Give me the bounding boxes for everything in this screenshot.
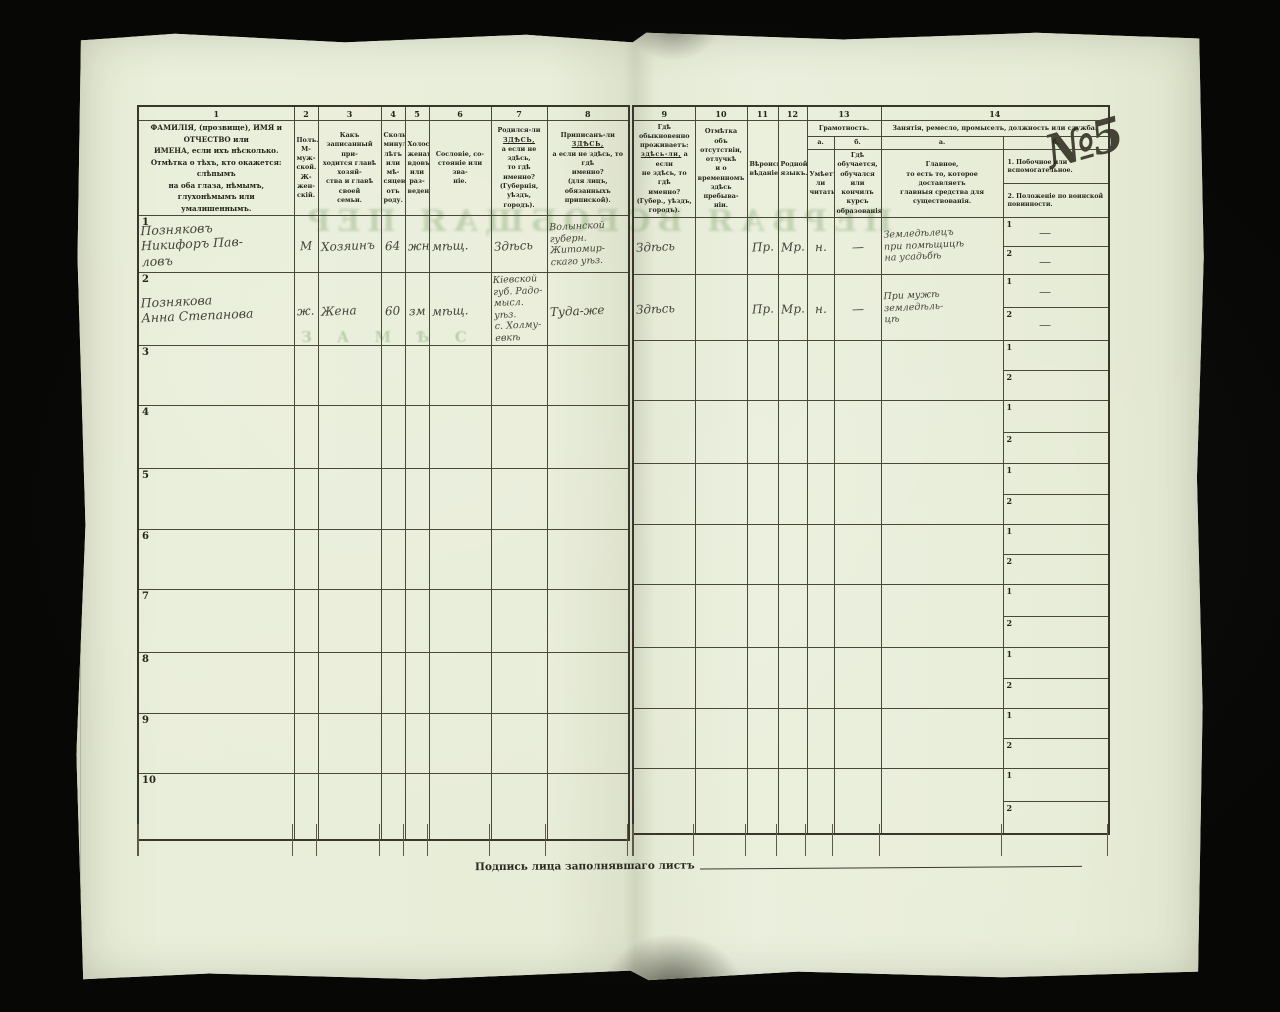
stub-line (777, 824, 806, 856)
hw-birthplace: Кіевской губ. Радо- мысл. уѣз. с. Холму-… (492, 273, 546, 345)
table-row-2: Здѣсь Пр. Мр. н. — При мужѣ земледѣль- ц… (633, 274, 1109, 340)
empty-cell (633, 584, 695, 647)
cell-marital: жн (405, 216, 429, 273)
cell-name: 6 (138, 530, 294, 590)
empty-cell (491, 530, 547, 590)
cell-language: Мр. (778, 274, 807, 340)
col-num-13: 13 (807, 106, 881, 121)
row-number: 10 (142, 775, 156, 786)
table-row-3: 12 (633, 340, 1109, 400)
empty-cell (429, 714, 491, 774)
empty-cell (318, 346, 381, 406)
cell-occupation-side: 12 (1003, 340, 1109, 400)
column-stubs-right (632, 824, 1108, 856)
empty-cell (695, 400, 747, 463)
empty-cell (405, 469, 429, 530)
cell-faith: Пр. (747, 217, 778, 274)
cell-occupation-side: 1— 2— (1003, 217, 1109, 274)
cell-residence: Здѣсь (633, 274, 695, 340)
empty-cell (695, 584, 747, 647)
empty-cell (294, 406, 318, 469)
empty-cell (633, 524, 695, 584)
cell-age: 64 (381, 216, 405, 273)
empty-cell (633, 463, 695, 524)
row-number: 8 (142, 654, 149, 665)
header-row: ФАМИЛІЯ, (прозвище), ИМЯ и ОТЧЕСТВО или … (138, 121, 629, 216)
stub-line (1002, 824, 1108, 856)
table-row-3: 3 (138, 346, 629, 406)
header-literacy-a-letter: а. (807, 137, 834, 150)
hw-sex: ж. (297, 303, 315, 318)
hw-occupation: Земледѣлецъ при помѣщицѣ на усадьбѣ (883, 227, 965, 265)
row-number: 3 (142, 347, 149, 358)
header-sex: Полъ. М-муж- ской. Ж-жен- скій. (294, 121, 318, 216)
side-label-2: 2 (1007, 496, 1013, 506)
empty-cell (381, 406, 405, 469)
empty-cell (381, 530, 405, 590)
col-num-12: 12 (778, 106, 807, 121)
empty-cell (294, 653, 318, 714)
center-fold-shadow-bottom (593, 926, 753, 990)
cell-name: 5 (138, 469, 294, 530)
header-faith: Вѣроиспо- вѣданіе. (747, 121, 778, 218)
cell-occupation-side: 12 (1003, 463, 1109, 524)
empty-cell (294, 346, 318, 406)
header-literacy-title: Грамотность. (807, 121, 881, 137)
column-stubs-left (137, 824, 628, 856)
stub-line (317, 824, 380, 856)
col-num-5: 5 (405, 106, 429, 121)
cell-occupation-side: 12 (1003, 524, 1109, 584)
empty-cell (881, 584, 1003, 647)
hw-estate: мѣщ. (431, 238, 468, 254)
cell-name: 1Позняковъ Никифоръ Пав- ловъ (138, 216, 294, 273)
col-num-3: 3 (318, 106, 381, 121)
header-occupation-main: Главное, то есть то, которое доставляетъ… (881, 150, 1003, 218)
side-label-1: 1 (1007, 342, 1013, 352)
empty-cell (405, 346, 429, 406)
empty-cell (405, 714, 429, 774)
side-cell-2: 2 (1004, 678, 1109, 709)
table-row-1: Здѣсь Пр. Мр. н. — Земледѣлецъ при помѣщ… (633, 217, 1109, 274)
cell-occupation: При мужѣ земледѣль- цѣ (881, 274, 1003, 340)
empty-cell (747, 524, 778, 584)
header-occupation-title: Занятія, ремесло, промыселъ, должность и… (881, 121, 1109, 137)
hw-name: Позняковъ Никифоръ Пав- ловъ (140, 219, 244, 269)
empty-cell (381, 346, 405, 406)
col-num-7: 7 (491, 106, 547, 121)
side-label-1: 1 (1007, 465, 1013, 475)
side-cell-1: 1 (1004, 464, 1109, 494)
table-row-7: 7 (138, 590, 629, 653)
side-cell-1: 1 (1004, 525, 1109, 555)
empty-cell (747, 708, 778, 768)
header-literacy-b-letter: б. (834, 137, 881, 150)
cell-can-read: н. (807, 217, 834, 274)
cell-registration: Волынской губерн. Житомир- скаго уѣз. (547, 216, 629, 273)
empty-cell (834, 524, 881, 584)
hw-relation: Хозяинъ (320, 237, 374, 254)
empty-cell (491, 653, 547, 714)
hw-education: — (851, 302, 864, 317)
cell-age: 60 (381, 273, 405, 346)
empty-cell (318, 469, 381, 530)
empty-cell (807, 647, 834, 708)
cell-name: 3 (138, 346, 294, 406)
cell-language: Мр. (778, 217, 807, 274)
empty-cell (294, 714, 318, 774)
hw-relation: Жена (320, 303, 356, 319)
column-number-row: 9 10 11 12 13 14 (633, 106, 1109, 121)
table-row-5: 5 (138, 469, 629, 530)
empty-cell (633, 340, 695, 400)
side-label-2: 2 (1007, 803, 1013, 813)
hw-can-read: н. (814, 302, 826, 317)
hw-residence: Здѣсь (636, 240, 676, 256)
table-row-4: 12 (633, 400, 1109, 463)
empty-cell (695, 708, 747, 768)
empty-cell (633, 647, 695, 708)
hw-estate: мѣщ. (431, 303, 468, 319)
col-num-14: 14 (881, 106, 1109, 121)
empty-cell (429, 346, 491, 406)
header-birthplace-post: а если не здѣсь, то гдѣ именно? (Губерні… (500, 145, 538, 209)
center-fold-shadow-top (618, 22, 728, 66)
empty-cell (778, 708, 807, 768)
empty-cell (778, 400, 807, 463)
stacked-page-edges (76, 468, 84, 946)
header-birthplace: Родился-ли ЗДѢСЬ, а если не здѣсь, то гд… (491, 121, 547, 216)
header-residence: Гдѣ обыкновенно проживаетъ: здѣсь-ли, а … (633, 121, 695, 218)
hw-dash: — (1039, 318, 1051, 332)
side-label-2: 2 (1007, 434, 1013, 444)
hw-faith: Пр. (751, 301, 774, 317)
empty-cell (429, 590, 491, 653)
empty-cell (834, 400, 881, 463)
empty-cell (547, 469, 629, 530)
row-number: 5 (142, 470, 149, 481)
col-num-10: 10 (695, 106, 747, 121)
side-cell-2: 2— (1004, 307, 1109, 340)
empty-cell (429, 406, 491, 469)
header-occupation-side-1: 1. Побочное или вспомогательное. (1004, 150, 1109, 183)
header-registration-emphasis: ЗДѢСЬ, (572, 140, 604, 148)
table-row-8: 8 (138, 653, 629, 714)
census-table-left-page: 1 2 3 4 5 6 7 8 ФАМИЛІЯ, (прозвище), ИМЯ… (137, 105, 630, 841)
hw-dash: — (1039, 255, 1051, 269)
row-number: 2 (142, 274, 149, 285)
header-education: Гдѣ обучается, обучался или кончилъ курс… (834, 150, 881, 218)
col-num-9: 9 (633, 106, 695, 121)
cell-occupation-side: 12 (1003, 647, 1109, 708)
empty-cell (547, 530, 629, 590)
table-row-6: 6 (138, 530, 629, 590)
cell-registration: Туда-же (547, 273, 629, 346)
header-occupation-b-letter: б. (1003, 137, 1109, 150)
stub-line (428, 824, 490, 856)
empty-cell (429, 469, 491, 530)
hw-name: Познякова Анна Степанова (140, 291, 253, 326)
side-cell-1: 1— (1004, 275, 1109, 308)
hw-can-read: н. (814, 240, 826, 255)
stub-line (833, 824, 880, 856)
empty-cell (778, 340, 807, 400)
cell-estate: мѣщ. (429, 273, 491, 346)
empty-cell (881, 340, 1003, 400)
stub-line (404, 824, 428, 856)
stub-line (806, 824, 833, 856)
hw-residence: Здѣсь (636, 301, 676, 317)
header-estate: Сословіе, со- стояніе или зва- ніе. (429, 121, 491, 216)
hw-language: Мр. (780, 301, 804, 317)
empty-cell (695, 340, 747, 400)
side-label-1: 1 (1007, 770, 1013, 780)
signature-label: Подпись лица заполнявшаго листъ (475, 860, 695, 874)
cell-residence: Здѣсь (633, 217, 695, 274)
cell-name: 9 (138, 714, 294, 774)
cell-relation: Хозяинъ (318, 216, 381, 273)
header-birthplace-pre: Родился-ли (497, 126, 540, 134)
empty-cell (405, 530, 429, 590)
empty-cell (405, 653, 429, 714)
empty-cell (881, 400, 1003, 463)
side-cell-1: 1 (1004, 341, 1109, 371)
table-row-9: 9 (138, 714, 629, 774)
stub-line (694, 824, 746, 856)
cell-absence (695, 217, 747, 274)
photo-backdrop: ПЕРВАЯ ВСЕОБЩАЯ ПЕР З А М Ѣ С №5 1 2 3 4… (0, 0, 1280, 1012)
table-row-4: 4 (138, 406, 629, 469)
empty-cell (429, 653, 491, 714)
empty-cell (318, 406, 381, 469)
hw-dash: — (1039, 285, 1051, 299)
empty-cell (695, 647, 747, 708)
side-cell-2: 2 (1004, 370, 1109, 400)
row-number: 7 (142, 591, 149, 602)
empty-cell (778, 584, 807, 647)
hw-registration: Туда-же (549, 302, 604, 319)
side-cell-2: 2 (1004, 554, 1109, 584)
cell-birthplace: Кіевской губ. Радо- мысл. уѣз. с. Холму-… (491, 273, 547, 346)
cell-sex: М (294, 216, 318, 273)
cell-occupation: Земледѣлецъ при помѣщицѣ на усадьбѣ (881, 217, 1003, 274)
side-label-2: 2 (1007, 740, 1013, 750)
cell-occupation-side: 12 (1003, 584, 1109, 647)
header-occupation-a-letter: а. (881, 137, 1003, 150)
empty-cell (834, 647, 881, 708)
empty-cell (547, 590, 629, 653)
empty-cell (633, 400, 695, 463)
empty-cell (318, 590, 381, 653)
hw-faith: Пр. (751, 240, 774, 256)
cell-absence (695, 274, 747, 340)
side-label-1: 1 (1007, 402, 1013, 412)
table-row-7: 12 (633, 584, 1109, 647)
header-age: Сколько минуло лѣтъ или мѣ- сяцевъ отъ р… (381, 121, 405, 216)
cell-sex: ж. (294, 273, 318, 346)
empty-cell (318, 714, 381, 774)
table-row-1: 1Позняковъ Никифоръ Пав- ловъ М Хозяинъ … (138, 216, 629, 273)
stub-line (880, 824, 1002, 856)
empty-cell (834, 340, 881, 400)
empty-cell (807, 340, 834, 400)
hw-marital: жн (407, 238, 429, 254)
empty-cell (381, 590, 405, 653)
empty-cell (547, 653, 629, 714)
side-label-1: 1 (1007, 276, 1013, 286)
empty-cell (881, 524, 1003, 584)
side-cell-2: 2 (1004, 616, 1109, 648)
empty-cell (778, 524, 807, 584)
empty-cell (491, 469, 547, 530)
header-language: Родной языкъ. (778, 121, 807, 218)
empty-cell (491, 346, 547, 406)
empty-cell (747, 463, 778, 524)
table-row-8: 12 (633, 647, 1109, 708)
empty-cell (778, 463, 807, 524)
table-row-2: 2Познякова Анна Степанова ж. Жена 60 зм … (138, 273, 629, 346)
cell-can-read: н. (807, 274, 834, 340)
side-label-2: 2 (1007, 680, 1013, 690)
stub-line (546, 824, 628, 856)
row-number: 9 (142, 715, 149, 726)
side-label-1: 1 (1007, 586, 1013, 596)
side-cell-1: 1 (1004, 709, 1109, 739)
header-residence-pre: Гдѣ обыкновенно проживаетъ: (639, 123, 690, 150)
side-label-1: 1 (1007, 219, 1013, 229)
hw-birthplace: Здѣсь (493, 238, 533, 254)
header-relation: Какъ записанный при- ходится главѣ хозяй… (318, 121, 381, 216)
hw-occupation: При мужѣ земледѣль- цѣ (883, 289, 944, 326)
hw-language: Мр. (780, 240, 804, 256)
empty-cell (807, 708, 834, 768)
side-label-2: 2 (1007, 618, 1013, 628)
empty-cell (381, 714, 405, 774)
table-row-6: 12 (633, 524, 1109, 584)
side-label-1: 1 (1007, 526, 1013, 536)
header-title-row: Гдѣ обыкновенно проживаетъ: здѣсь-ли, а … (633, 121, 1109, 137)
empty-cell (881, 708, 1003, 768)
hw-marital: зм (408, 303, 425, 318)
cell-birthplace: Здѣсь (491, 216, 547, 273)
cell-marital: зм (405, 273, 429, 346)
empty-cell (491, 590, 547, 653)
cell-education: — (834, 274, 881, 340)
stub-line (293, 824, 317, 856)
hw-age: 60 (385, 303, 401, 318)
empty-cell (429, 530, 491, 590)
cell-name: 7 (138, 590, 294, 653)
side-cell-2: 2 (1004, 494, 1109, 525)
cell-occupation-side: 1— 2— (1003, 274, 1109, 340)
header-name: ФАМИЛІЯ, (прозвище), ИМЯ и ОТЧЕСТВО или … (138, 121, 294, 216)
side-label-2: 2 (1007, 248, 1013, 258)
empty-cell (747, 584, 778, 647)
empty-cell (381, 469, 405, 530)
empty-cell (294, 469, 318, 530)
col-num-4: 4 (381, 106, 405, 121)
row-number: 4 (142, 407, 149, 418)
side-label-1: 1 (1007, 649, 1013, 659)
hw-registration: Волынской губерн. Житомир- скаго уѣз. (549, 220, 607, 269)
header-occupation-side: 1. Побочное или вспомогательное. 2. Поло… (1003, 150, 1109, 218)
col-num-6: 6 (429, 106, 491, 121)
cell-relation: Жена (318, 273, 381, 346)
hw-age: 64 (385, 238, 401, 253)
header-birthplace-emphasis: ЗДѢСЬ, (503, 136, 535, 144)
side-cell-1: 1 (1004, 401, 1109, 432)
empty-cell (547, 714, 629, 774)
empty-cell (747, 647, 778, 708)
cell-name: 2Познякова Анна Степанова (138, 273, 294, 346)
empty-cell (318, 530, 381, 590)
header-registration-post: а если не здѣсь, то гдѣ именно? (для лиц… (553, 150, 624, 204)
stub-line (490, 824, 546, 856)
empty-cell (294, 590, 318, 653)
hw-education: — (851, 240, 864, 255)
cell-name: 8 (138, 653, 294, 714)
header-absence-note: Отмѣтка объ отсутствіи, отлучкѣ и о врем… (695, 121, 747, 218)
col-num-1: 1 (138, 106, 294, 121)
row-number: 6 (142, 531, 149, 542)
side-cell-1: 1 (1004, 769, 1109, 801)
header-residence-post: а если не здѣсь, то гдѣ именно? (Губер.,… (637, 150, 692, 214)
cell-occupation-side: 12 (1003, 708, 1109, 768)
side-label-1: 1 (1007, 710, 1013, 720)
cell-education: — (834, 217, 881, 274)
empty-cell (381, 653, 405, 714)
side-cell-2: 2 (1004, 432, 1109, 464)
empty-cell (807, 400, 834, 463)
column-number-row: 1 2 3 4 5 6 7 8 (138, 106, 629, 121)
stub-line (746, 824, 777, 856)
empty-cell (747, 400, 778, 463)
empty-cell (547, 406, 629, 469)
census-sheet-paper: ПЕРВАЯ ВСЕОБЩАЯ ПЕР З А М Ѣ С №5 1 2 3 4… (73, 28, 1206, 984)
cell-faith: Пр. (747, 274, 778, 340)
empty-cell (807, 584, 834, 647)
header-registration-pre: Приписанъ-ли (561, 131, 615, 139)
header-residence-emphasis: здѣсь-ли, (641, 150, 682, 158)
empty-cell (747, 340, 778, 400)
col-num-8: 8 (547, 106, 629, 121)
empty-cell (318, 653, 381, 714)
col-num-11: 11 (747, 106, 778, 121)
table-row-9: 12 (633, 708, 1109, 768)
empty-cell (807, 524, 834, 584)
signature-line (700, 865, 1082, 870)
empty-cell (834, 584, 881, 647)
side-label-2: 2 (1007, 309, 1013, 319)
empty-cell (405, 590, 429, 653)
census-table-right-page: 9 10 11 12 13 14 Гдѣ обыкновенно прожива… (632, 105, 1110, 835)
table-row-5: 12 (633, 463, 1109, 524)
side-cell-1: 1 (1004, 585, 1109, 616)
stub-line (380, 824, 404, 856)
side-cell-1: 1— (1004, 218, 1109, 246)
header-occupation-side-2: 2. Положеніе по воинской повинности. (1004, 183, 1109, 217)
empty-cell (547, 346, 629, 406)
empty-cell (695, 524, 747, 584)
empty-cell (405, 406, 429, 469)
empty-cell (881, 463, 1003, 524)
signature-block: Подпись лица заполнявшаго листъ (475, 857, 1082, 873)
header-marital: Холостъ, женатъ, вдовъ или раз- веденъ. (405, 121, 429, 216)
side-label-2: 2 (1007, 556, 1013, 566)
empty-cell (294, 530, 318, 590)
side-label-2: 2 (1007, 372, 1013, 382)
empty-cell (834, 708, 881, 768)
